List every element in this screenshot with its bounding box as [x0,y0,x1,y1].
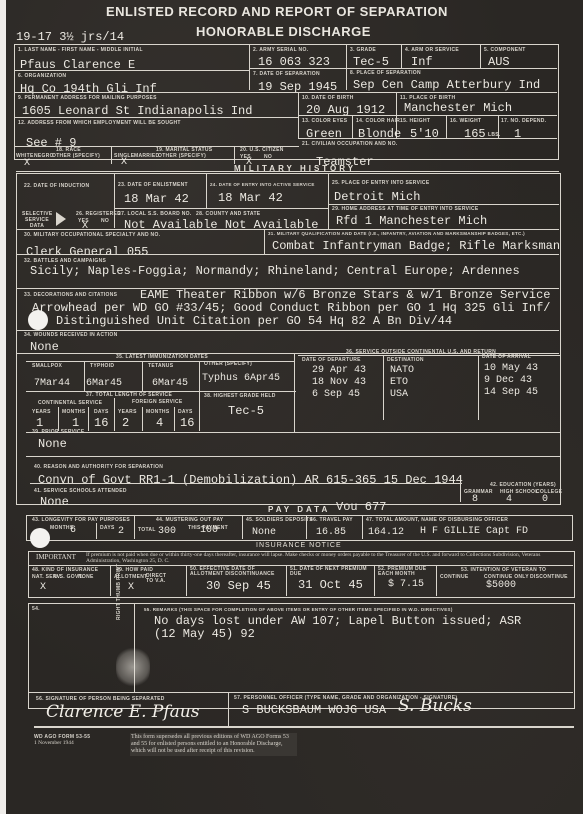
deposits-label: 45. Soldiers deposits [246,517,313,523]
continental-label: Continental service [38,400,102,406]
occupation-label: 21. Civilian occupation and no. [302,141,398,147]
effective-value: 30 Sep 45 [206,579,271,593]
education-college-value: 0 [542,494,548,505]
wounds-value: None [30,340,59,354]
premium-label: 52. Premium due each month [378,567,428,577]
immunization-smallpox-label: Smallpox [32,363,62,369]
important-label: IMPORTANT [36,553,76,561]
wounds-label: 34. Wounds received in action [24,332,118,338]
induction-label: 22. Date of induction [24,183,89,189]
registered-mark: X [82,221,88,232]
overseas-row-1-departure: 29 Apr 43 [312,365,366,376]
highest-grade-label: 38. Highest grade held [204,393,276,399]
race-mark: X [24,158,30,169]
decorations-label: 33. Decorations and citations [24,292,117,298]
specialty-label: 30. Military occupational specialty and … [24,232,160,238]
reason-value: Convn of Govt RR1-1 (Demobilization) AR … [38,473,463,487]
officer-signature: S. Bucks [398,696,472,716]
next-premium-value: 31 Oct 45 [298,578,363,592]
serial-label: 2. Army serial no. [253,47,308,53]
kind-label: 48. Kind of insurance [32,567,98,573]
thumbprint [116,645,150,689]
intention-option-continue: Continue [440,574,469,580]
education-college-label: College [536,489,562,495]
total-service-label: 37. Total length of service [86,392,172,398]
supersedes-note: This form supersedes all previous editio… [130,733,297,756]
foreign-years: 2 [122,416,129,430]
education-grammar-label: Grammar [464,489,493,495]
grade-label: 3. Grade [350,47,376,53]
longevity-label: 43. Longevity for pay purposes [32,517,130,523]
insurance-heading: INSURANCE NOTICE [256,542,342,549]
organization-value: Hq Co 194th Gli Inf [20,82,157,96]
immunization-typhoid-label: Typhoid [90,363,114,369]
arm-label: 4. Arm or service [405,47,459,53]
overseas-row-1-arrival: 10 May 43 [484,363,538,374]
officer-name: S BUCKSBAUM WOJG USA [242,703,386,717]
overseas-row-2-departure: 18 Nov 43 [312,377,366,388]
qualification-label: 31. Military qualification and date (i.e… [268,231,525,236]
insurance-notice-text: If premium is not paid when due or withi… [86,552,566,564]
registered-option-no: No [101,218,109,224]
overseas-row-3-arrival: 14 Sep 45 [484,387,538,398]
registered-label: 26. Registered [76,211,121,217]
component-label: 5. Component [484,47,526,53]
serial-value: 16 063 323 [258,55,330,69]
box-54-label: 54. [32,606,40,612]
person-signature: Clarence E. Pfaus [46,702,199,722]
form-date: 1 November 1944 [34,740,74,746]
document-subtitle: HONORABLE DISCHARGE [196,24,371,39]
separation-place-value: Sep Cen Camp Atterbury Ind [353,78,540,92]
highest-grade-value: Tec-5 [228,404,264,418]
schools-value: None [40,495,69,509]
overseas-arrival-header: Date of arrival [482,354,531,360]
kind-option-none: None [78,574,94,580]
punch-hole [30,528,50,548]
mustering-total-value: 300 [158,526,176,537]
separation-date-label: 7. Date of separation [253,71,320,77]
foreign-label: Foreign service [132,399,183,405]
overseas-row-2-destination: ETO [390,377,408,388]
travel-label: 46. Travel pay [310,517,353,523]
birth-place-value: Manchester Mich [404,101,512,115]
continental-years-label: Years [32,409,51,415]
mustering-this-value: 100 [200,525,218,536]
separation-place-label: 8. Place of separation [350,70,421,76]
home-address-label: 29. Home address at time of entry into s… [332,206,479,212]
prior-service-value: None [38,437,67,451]
battles-value: Sicily; Naples-Foggia; Normandy; Rhinela… [30,264,520,278]
race-option-negro: Negro [34,153,54,159]
overseas-row-3-departure: 6 Sep 45 [312,389,360,400]
name-label: 1. Last name - First name - Middle initi… [18,47,143,53]
marital-option-married: Married [134,153,159,159]
disbursing-officer: H F GILLIE Capt FD [420,526,528,537]
continental-months: 1 [72,416,79,430]
immunization-typhoid-value: 6Mar45 [86,378,122,389]
qualification-value: Combat Infantryman Badge; Rifle Marksman [272,239,560,253]
foreign-months-label: Months [146,409,169,415]
organization-label: 6. Organization [18,73,66,79]
selective-service-label: Selective Service Data [22,211,52,229]
home-address-value: Rfd 1 Manchester Mich [336,214,487,228]
immunization-smallpox-value: 7Mar44 [34,378,70,389]
longevity-days-label: Days [100,525,115,531]
next-premium-label: 51. Date of next premium due [290,567,370,577]
enlistment-value: 18 Mar 42 [124,192,189,206]
prior-service-label: 39. Prior service [32,429,85,435]
deposits-value: None [252,527,276,538]
remarks-line-1: No days lost under AW 107; Lapel Button … [154,614,521,628]
continental-days-label: Days [94,409,109,415]
arm-value: Inf [411,55,433,69]
grade-value: Tec-5 [353,55,389,69]
birth-date-label: 10. Date of birth [302,95,354,101]
height-label: 15. Height [400,118,430,124]
intention-value: $5000 [486,580,516,591]
foreign-months: 4 [156,416,163,430]
thumbprint-label: Right thumb print [116,564,122,620]
decorations-line-2: Arrowhead per WD GO #33/45; Good Conduct… [32,301,550,315]
decorations-line-1: EAME Theater Ribbon w/6 Bronze Stars & w… [140,288,550,302]
mustering-label: 44. Mustering out pay [156,517,223,523]
premium-value: $ 7.15 [388,579,424,590]
employment-address-label: 12. Address from which employment will b… [18,120,181,126]
overseas-row-1-destination: NATO [390,365,414,376]
entry-place-value: Detroit Mich [334,190,420,204]
weight-label: 16. Weight [450,118,481,124]
education-grammar-value: 8 [472,494,478,505]
voucher-number: Vou 677 [336,500,386,514]
county-label: 28. County and state [196,211,260,217]
continental-days: 16 [94,416,108,430]
foreign-days-label: Days [178,409,193,415]
reason-label: 40. Reason and authority for separation [34,464,163,470]
immunization-other-value: Typhus 6Apr45 [202,373,280,384]
immunization-other-label: Other (specify) [204,361,252,367]
how-paid-option-direct: Direct to V.A. [146,574,168,584]
how-paid-mark: X [128,582,134,593]
component-value: AUS [488,55,510,69]
military-history-heading: MILITARY HISTORY [234,164,356,173]
kind-mark: X [40,582,46,593]
travel-value: 16.85 [316,527,346,538]
foreign-days: 16 [180,416,194,430]
active-service-value: 18 Mar 42 [218,191,283,205]
entry-place-label: 25. Place of entry into service [332,180,429,186]
remarks-label: 55. Remarks (This space for completion o… [144,607,453,612]
race-option-other: Other (specify) [52,153,100,159]
address-label: 9. Permanent address for mailing purpose… [18,95,157,101]
hair-label: 14. Color hair [356,118,400,124]
foreign-years-label: Years [118,409,137,415]
total-value: 164.12 [368,527,404,538]
local-board-label: 27. Local S.S. board no. [118,211,192,217]
immunization-tetanus-value: 6Mar45 [152,378,188,389]
education-highschool-value: 4 [506,494,512,505]
address-value: 1605 Leonard St Indianapolis Ind [22,104,252,118]
marital-option-other: Other (specify) [158,153,206,159]
enlistment-label: 23. Date of enlistment [118,182,188,188]
discharge-document: ENLISTED RECORD AND REPORT OF SEPARATION… [6,0,583,814]
total-label: 47. Total amount, name of disbursing off… [366,517,508,523]
longevity-months-value: 6 [70,525,76,536]
decorations-line-3: Distinguished Unit Citation per GO 54 Hq… [56,314,452,328]
specialty-value: Clerk General 055 [26,245,148,259]
overseas-departure-header: Date of departure [302,357,361,363]
citizen-label: 20. U.S. Citizen [240,147,284,153]
pay-data-heading: PAY DATA [268,505,330,514]
schools-label: 41. Service schools attended [34,488,127,494]
eyes-label: 13. Color eyes [302,118,347,124]
remarks-line-2: (12 May 45) 92 [154,627,255,641]
dependents-label: 17. No. depend. [501,118,546,124]
citizen-option-no: No [264,154,272,160]
intention-label: 53. Intention of veteran to [461,567,546,573]
document-title: ENLISTED RECORD AND REPORT OF SEPARATION [106,4,448,19]
active-service-label: 24. Date of entry into active service [210,182,315,187]
overseas-row-3-destination: USA [390,389,408,400]
immunization-tetanus-label: Tetanus [148,363,173,369]
intention-option-discontinue: Discontinue [530,574,568,580]
immunization-label: 35. Latest immunization dates [116,354,208,360]
effective-label: 50. Effective date of allotment disconti… [190,567,280,577]
marital-mark: X [121,157,127,168]
mustering-total-label: Total [138,527,156,533]
longevity-days-value: 2 [118,526,124,537]
handwritten-note: 19-17 3½ jrs/14 [16,30,124,44]
punch-hole [28,310,48,330]
overseas-destination-header: Destination [387,357,424,363]
arrow-right-icon [56,212,66,226]
education-label: 42. Education (Years) [490,482,556,488]
overseas-row-2-arrival: 9 Dec 43 [484,375,532,386]
continental-months-label: Months [62,409,85,415]
continental-years: 1 [36,416,43,430]
